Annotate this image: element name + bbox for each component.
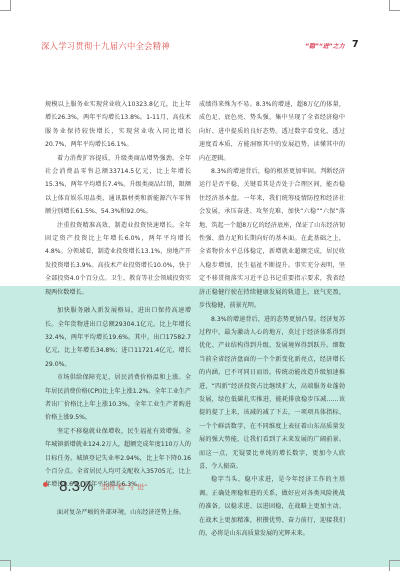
paragraph: 规模以上服务业实现营业收入10323.8亿元，比上年增长26.3%，两年平均增长… xyxy=(45,98,191,152)
paragraph: 注重投资精准高效，制造业投资快速增长。全年固定资产投资比上年增长6.0%，两年平… xyxy=(45,219,191,299)
crop-mark-top-left xyxy=(0,0,11,11)
right-column: 成绩得来殊为不易。8.3%的增速，超8万亿的体量，成色足、底色亮、势头强，集中呈… xyxy=(199,98,345,540)
crop-mark-bottom-left xyxy=(0,560,11,571)
left-column: 规模以上服务业实现营业收入10323.8亿元，比上年增长26.3%，两年平均增长… xyxy=(45,98,191,492)
paragraph: 着力消费扩容提质，升级类商品增势强劲。全年社会消费品零售总额33714.5亿元，… xyxy=(45,152,191,219)
paragraph: 8.3%的增速背后，稳的根基更加牢固。判断经济运行是否平稳，关键看其是否处于合理… xyxy=(199,165,345,312)
paragraph: 面对复杂严峻的外部环境，山东经济逆势上扬。 xyxy=(45,506,191,519)
section-subtitle: 里的“稳”与“进” xyxy=(101,483,147,491)
crop-mark-top-right xyxy=(389,0,400,11)
section-number: 8.3% xyxy=(59,478,93,495)
paragraph: 稳字当头、稳中求进，是今年经济工作的主基调。正确处理稳和进的关系，做好应对各类风… xyxy=(199,473,345,540)
section-heading: 8.3% 里的“稳”与“进” xyxy=(43,476,147,496)
running-title: 深入学习贯彻十九届六中全会精神 xyxy=(41,40,170,52)
bullet-dot-icon xyxy=(43,482,48,487)
paragraph: 市场供给保障充足，居民消费价格温和上涨。全年居民消费价格(CPI)比上年上涨1.… xyxy=(45,371,191,425)
page-number: 7 xyxy=(352,39,359,50)
crop-mark-bottom-right xyxy=(389,560,400,571)
section-tag: “稳”“进”之力 xyxy=(305,41,344,50)
paragraph: 加快服务融入新发展格局，进出口保持高速增长。全年货物进出口总额29304.1亿元… xyxy=(45,304,191,371)
page-header: 深入学习贯彻十九届六中全会精神 “稳”“进”之力 7 xyxy=(41,40,357,54)
paragraph: 成绩得来殊为不易。8.3%的增速，超8万亿的体量，成色足、底色亮、势头强，集中呈… xyxy=(199,98,345,165)
paragraph: 8.3%的增速背后，进的态势更加凸显。经济复苏过程中，最为激动人心的地方，莫过于… xyxy=(199,313,345,474)
section-body: 面对复杂严峻的外部环境，山东经济逆势上扬。 xyxy=(45,506,191,519)
